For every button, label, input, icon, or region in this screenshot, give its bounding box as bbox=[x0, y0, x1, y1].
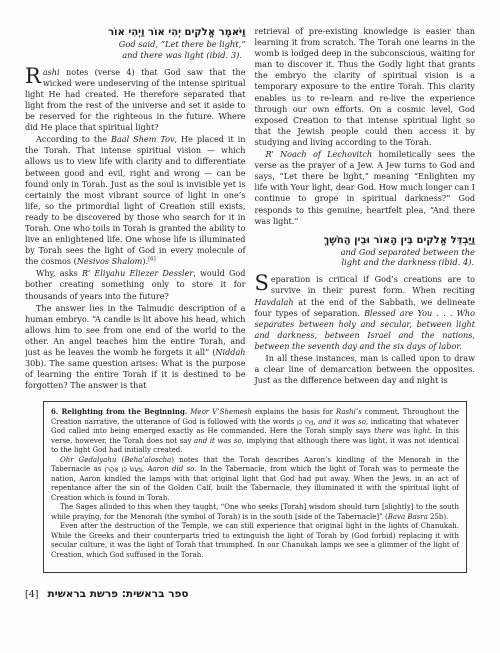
verse-translation-line: God said, “Let there be light,” bbox=[119, 39, 246, 49]
verse-translation: God said, “Let there be light,”and there… bbox=[119, 39, 246, 60]
paragraph-embryo: The answer lies in the Talmudic descript… bbox=[25, 303, 246, 392]
paragraph-separation: Separation is critical if God’s creation… bbox=[255, 274, 476, 352]
right-column: retrieval of pre-existing knowledge is e… bbox=[255, 26, 476, 400]
main-text-area: וַיֹּאמֶר אֱלֹקִים יְהִי אוֹר וַיְהִי או… bbox=[25, 26, 475, 400]
page-number: [4] bbox=[25, 589, 38, 600]
paragraph-baal-shem-tov: According to the Baal Shem Tov, He place… bbox=[25, 134, 246, 267]
verse-translation-line: light and the darkness (ibid. 4). bbox=[341, 257, 474, 267]
verse-hebrew-text: וַיֹּאמֶר אֱלֹקִים יְהִי אוֹר וַיְהִי או… bbox=[25, 26, 246, 39]
book-title-hebrew: ספר בראשית: פרשת בראשית bbox=[47, 588, 188, 600]
footnote-6-sages: The Sages alluded to this when they taug… bbox=[51, 503, 459, 522]
footnote-6-chanukah: Even after the destruction of the Temple… bbox=[51, 522, 459, 560]
paragraph-dessler-question: Why, asks R’ Eliyahu Eliezer Dessler, wo… bbox=[25, 268, 246, 301]
paragraph-demarcation: In all these instances, man is called up… bbox=[255, 353, 476, 386]
verse-header-separation: וַיַּבְדֵּל אֱלֹקִים בֵּין הָאוֹר וּבֵין… bbox=[255, 234, 476, 269]
page-footer: [4] ספר בראשית: פרשת בראשית bbox=[25, 588, 189, 600]
verse-header-light: וַיֹּאמֶר אֱלֹקִים יְהִי אוֹר וַיְהִי או… bbox=[25, 26, 246, 61]
book-page: וַיֹּאמֶר אֱלֹקִים יְהִי אוֹר וַיְהִי או… bbox=[0, 0, 500, 653]
footnotes-box: 6. Relighting from the Beginning. Meor V… bbox=[43, 401, 467, 573]
verse-translation-line: and there was light (ibid. 3). bbox=[122, 50, 242, 60]
verse-hebrew-text: וַיַּבְדֵּל אֱלֹקִים בֵּין הָאוֹר וּבֵין… bbox=[255, 234, 476, 247]
footnote-6-meor-vshemesh: 6. Relighting from the Beginning. Meor V… bbox=[51, 407, 459, 456]
paragraph-noach-lechovitch: R’ Noach of Lechovitch homiletically see… bbox=[255, 149, 476, 227]
verse-translation: and God separated between thelight and t… bbox=[341, 247, 475, 268]
paragraph-retrieval: retrieval of pre-existing knowledge is e… bbox=[255, 26, 476, 148]
left-column: וַיֹּאמֶר אֱלֹקִים יְהִי אוֹר וַיְהִי או… bbox=[25, 26, 246, 400]
footnote-6-ohr-gedalyahu: Ohr Gedalyahu (Beha’aloscha) notes that … bbox=[51, 456, 459, 504]
paragraph-rashi: Rashi notes (verse 4) that God saw that … bbox=[25, 67, 246, 134]
verse-translation-line: and God separated between the bbox=[341, 247, 475, 257]
